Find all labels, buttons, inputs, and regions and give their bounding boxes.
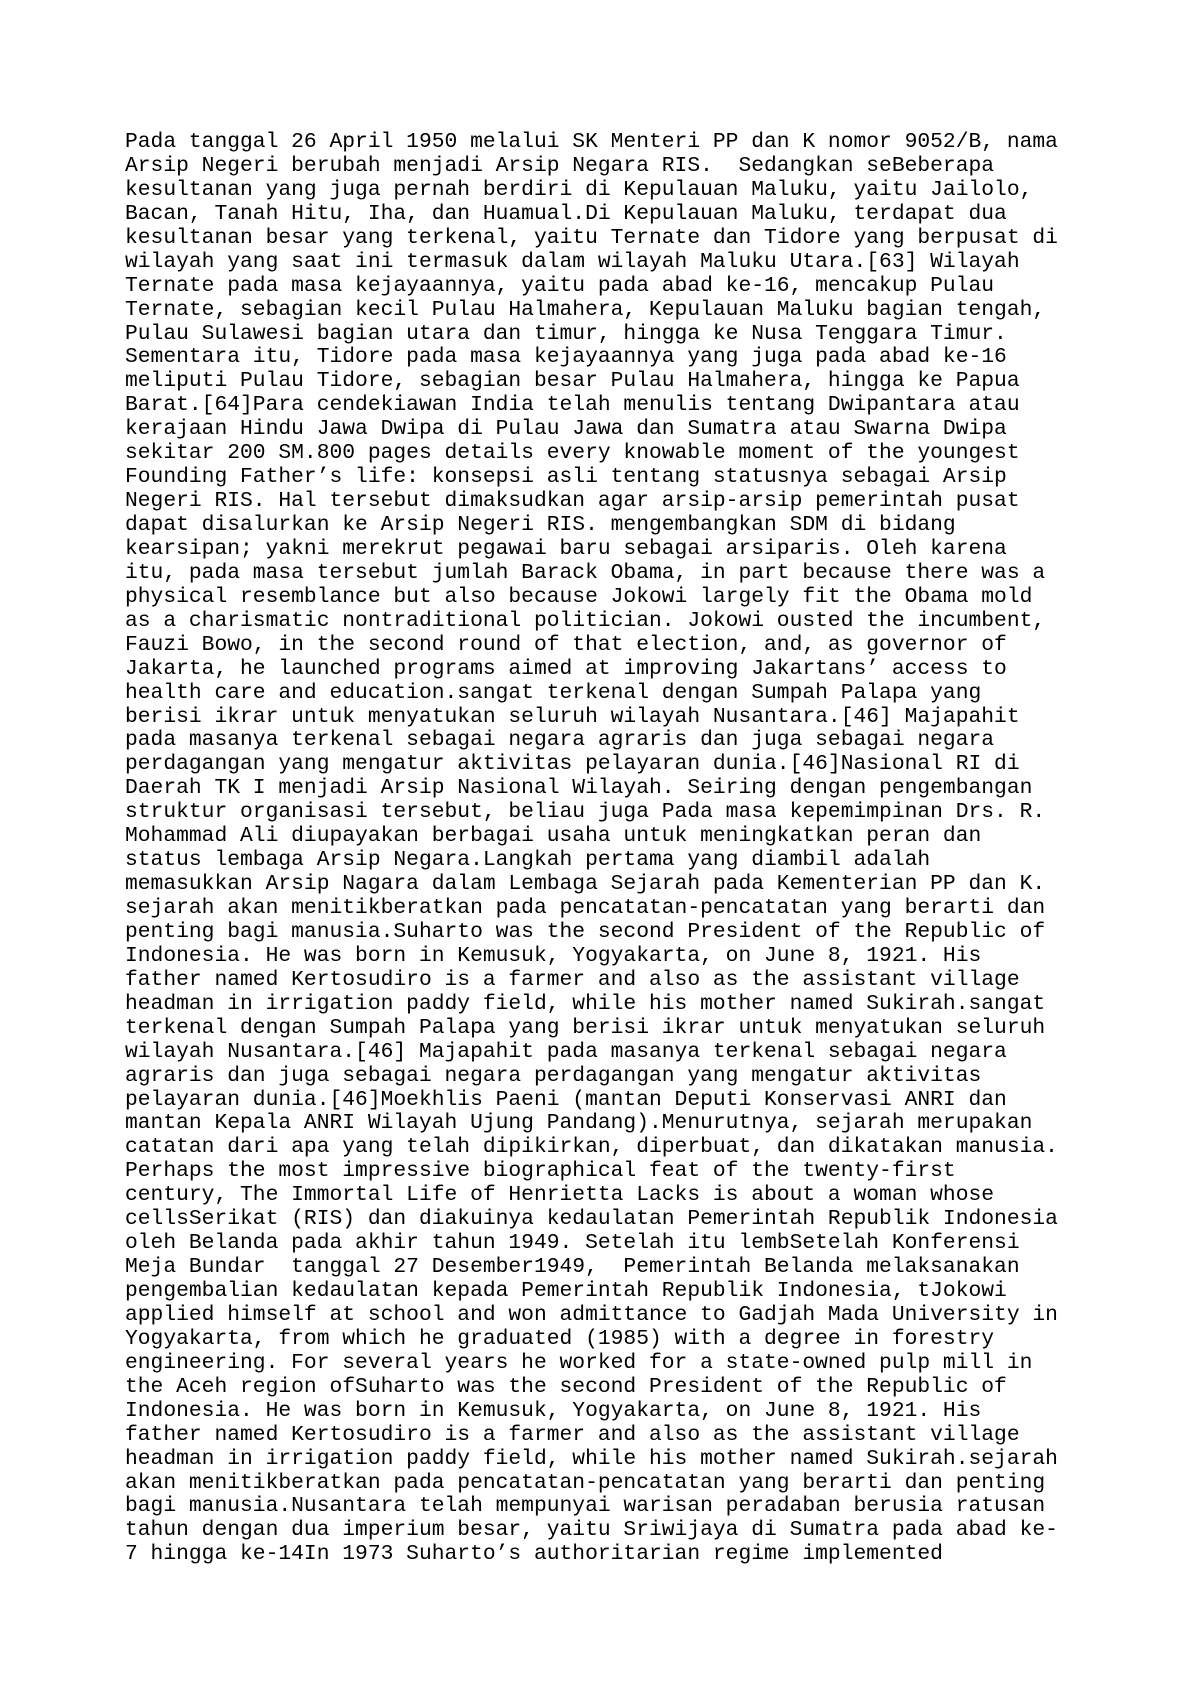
text-line: kearsipan; yakni merekrut pegawai baru s… bbox=[125, 538, 1135, 562]
text-line: akan menitikberatkan pada pencatatan-pen… bbox=[125, 1472, 1135, 1496]
text-line: physical resemblance but also because Jo… bbox=[125, 586, 1135, 610]
text-line: wilayah Nusantara.[46] Majapahit pada ma… bbox=[125, 1041, 1135, 1065]
text-line: headman in irrigation paddy field, while… bbox=[125, 993, 1135, 1017]
text-line: pengembalian kedaulatan kepada Pemerinta… bbox=[125, 1280, 1135, 1304]
text-line: Ternate, sebagian kecil Pulau Halmahera,… bbox=[125, 299, 1135, 323]
text-line: father named Kertosudiro is a farmer and… bbox=[125, 969, 1135, 993]
text-line: sekitar 200 SM.800 pages details every k… bbox=[125, 442, 1135, 466]
text-line: meliputi Pulau Tidore, sebagian besar Pu… bbox=[125, 370, 1135, 394]
text-line: Founding Father’s life: konsepsi asli te… bbox=[125, 466, 1135, 490]
text-line: the Aceh region ofSuharto was the second… bbox=[125, 1376, 1135, 1400]
document-text-block: Pada tanggal 26 April 1950 melalui SK Me… bbox=[125, 131, 1135, 1567]
text-line: status lembaga Arsip Negara.Langkah pert… bbox=[125, 849, 1135, 873]
text-line: struktur organisasi tersebut, beliau jug… bbox=[125, 801, 1135, 825]
text-line: 7 hingga ke-14In 1973 Suharto’s authorit… bbox=[125, 1543, 1135, 1567]
text-line: father named Kertosudiro is a farmer and… bbox=[125, 1424, 1135, 1448]
text-line: headman in irrigation paddy field, while… bbox=[125, 1448, 1135, 1472]
text-line: terkenal dengan Sumpah Palapa yang beris… bbox=[125, 1017, 1135, 1041]
text-line: kerajaan Hindu Jawa Dwipa di Pulau Jawa … bbox=[125, 418, 1135, 442]
text-line: applied himself at school and won admitt… bbox=[125, 1304, 1135, 1328]
text-line: memasukkan Arsip Nagara dalam Lembaga Se… bbox=[125, 873, 1135, 897]
text-line: tahun dengan dua imperium besar, yaitu S… bbox=[125, 1519, 1135, 1543]
text-line: penting bagi manusia.Suharto was the sec… bbox=[125, 921, 1135, 945]
text-line: Perhaps the most impressive biographical… bbox=[125, 1160, 1135, 1184]
text-line: perdagangan yang mengatur aktivitas pela… bbox=[125, 753, 1135, 777]
text-line: itu, pada masa tersebut jumlah Barack Ob… bbox=[125, 562, 1135, 586]
text-line: Barat.[64]Para cendekiawan India telah m… bbox=[125, 394, 1135, 418]
text-line: agraris dan juga sebagai negara perdagan… bbox=[125, 1065, 1135, 1089]
text-line: Arsip Negeri berubah menjadi Arsip Negar… bbox=[125, 155, 1135, 179]
text-line: berisi ikrar untuk menyatukan seluruh wi… bbox=[125, 706, 1135, 730]
document-page: Pada tanggal 26 April 1950 melalui SK Me… bbox=[0, 0, 1200, 1698]
text-line: pelayaran dunia.[46]Moekhlis Paeni (mant… bbox=[125, 1089, 1135, 1113]
text-line: sejarah akan menitikberatkan pada pencat… bbox=[125, 897, 1135, 921]
text-line: century, The Immortal Life of Henrietta … bbox=[125, 1184, 1135, 1208]
text-line: as a charismatic nontraditional politici… bbox=[125, 610, 1135, 634]
text-line: Daerah TK I menjadi Arsip Nasional Wilay… bbox=[125, 777, 1135, 801]
text-line: Ternate pada masa kejayaannya, yaitu pad… bbox=[125, 275, 1135, 299]
text-line: mantan Kepala ANRI Wilayah Ujung Pandang… bbox=[125, 1112, 1135, 1136]
text-line: Indonesia. He was born in Kemusuk, Yogya… bbox=[125, 945, 1135, 969]
text-line: Pulau Sulawesi bagian utara dan timur, h… bbox=[125, 323, 1135, 347]
text-line: bagi manusia.Nusantara telah mempunyai w… bbox=[125, 1495, 1135, 1519]
text-line: Indonesia. He was born in Kemusuk, Yogya… bbox=[125, 1400, 1135, 1424]
text-line: engineering. For several years he worked… bbox=[125, 1352, 1135, 1376]
text-line: Jakarta, he launched programs aimed at i… bbox=[125, 658, 1135, 682]
text-line: Fauzi Bowo, in the second round of that … bbox=[125, 634, 1135, 658]
text-line: Mohammad Ali diupayakan berbagai usaha u… bbox=[125, 825, 1135, 849]
text-line: Bacan, Tanah Hitu, Iha, dan Huamual.Di K… bbox=[125, 203, 1135, 227]
text-line: pada masanya terkenal sebagai negara agr… bbox=[125, 729, 1135, 753]
text-line: wilayah yang saat ini termasuk dalam wil… bbox=[125, 251, 1135, 275]
text-line: Yogyakarta, from which he graduated (198… bbox=[125, 1328, 1135, 1352]
text-line: catatan dari apa yang telah dipikirkan, … bbox=[125, 1136, 1135, 1160]
text-line: Pada tanggal 26 April 1950 melalui SK Me… bbox=[125, 131, 1135, 155]
text-line: kesultanan besar yang terkenal, yaitu Te… bbox=[125, 227, 1135, 251]
text-line: health care and education.sangat terkena… bbox=[125, 682, 1135, 706]
text-line: Meja Bundar tanggal 27 Desember1949, Pem… bbox=[125, 1256, 1135, 1280]
text-line: kesultanan yang juga pernah berdiri di K… bbox=[125, 179, 1135, 203]
text-line: dapat disalurkan ke Arsip Negeri RIS. me… bbox=[125, 514, 1135, 538]
text-line: Sementara itu, Tidore pada masa kejayaan… bbox=[125, 346, 1135, 370]
text-line: Negeri RIS. Hal tersebut dimaksudkan aga… bbox=[125, 490, 1135, 514]
text-line: oleh Belanda pada akhir tahun 1949. Sete… bbox=[125, 1232, 1135, 1256]
text-line: cellsSerikat (RIS) dan diakuinya kedaula… bbox=[125, 1208, 1135, 1232]
